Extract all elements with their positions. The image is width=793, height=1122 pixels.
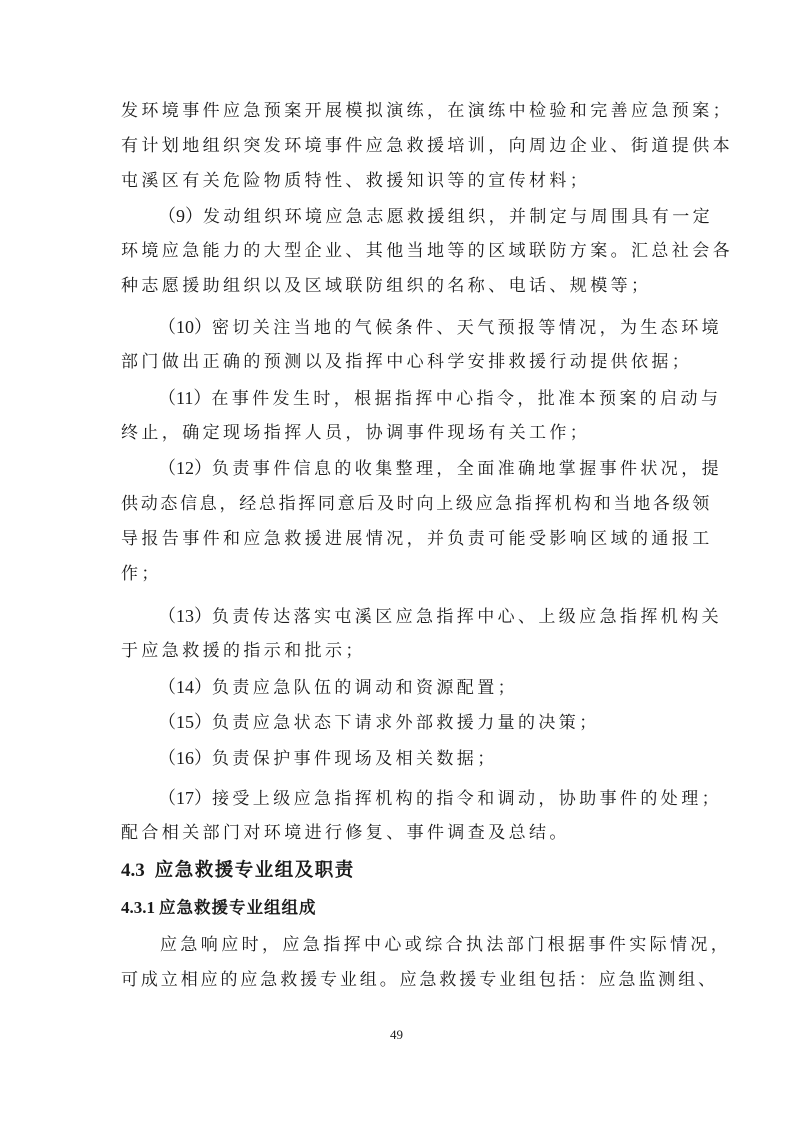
list-item-16: （16）负责保护事件现场及相关数据； — [158, 748, 498, 769]
paragraph-line: 种志愿援助组织以及区域联防组织的名称、电话、规模等； — [121, 276, 651, 296]
list-number: （15） — [158, 712, 212, 732]
list-item-text: 负责事件信息的收集整理，全面准确地掌握事件状况，提 — [212, 459, 722, 479]
list-item-9: （9）发动组织环境应急志愿救援组织，并制定与周围具有一定 — [158, 206, 713, 227]
page-number: 49 — [0, 1027, 793, 1043]
list-item-text: 负责传达落实屯溪区应急指挥中心、上级应急指挥机构关 — [212, 607, 722, 627]
list-item-15: （15）负责应急状态下请求外部救援力量的决策； — [158, 712, 600, 733]
paragraph-line: 配合相关部门对环境进行修复、事件调查及总结。 — [121, 823, 570, 843]
list-item-text: 负责应急状态下请求外部救援力量的决策； — [212, 713, 600, 733]
list-item-10: （10）密切关注当地的气候条件、天气预报等情况，为生态环境 — [158, 317, 722, 338]
paragraph-line: 应急响应时，应急指挥中心或综合执法部门根据事件实际情况， — [160, 935, 731, 955]
subsection-title: 应急救援专业组组成 — [159, 898, 317, 917]
section-title: 应急救援专业组及职责 — [155, 860, 355, 881]
list-item-text: 发动组织环境应急志愿救援组织，并制定与周围具有一定 — [203, 207, 713, 227]
paragraph-line: 屯溪区有关危险物质特性、救援知识等的宣传材料； — [121, 171, 590, 191]
list-item-17: （17）接受上级应急指挥机构的指令和调动，协助事件的处理； — [158, 788, 722, 809]
list-number: （11） — [158, 388, 211, 408]
list-item-text: 密切关注当地的气候条件、天气预报等情况，为生态环境 — [212, 318, 722, 338]
list-number: （9） — [158, 206, 203, 226]
paragraph-line: 终止，确定现场指挥人员，协调事件现场有关工作； — [121, 423, 590, 443]
list-item-13: （13）负责传达落实屯溪区应急指挥中心、上级应急指挥机构关 — [158, 606, 722, 627]
list-item-12: （12）负责事件信息的收集整理，全面准确地掌握事件状况，提 — [158, 458, 722, 479]
subsection-heading-4-3-1: 4.3.1应急救援专业组组成 — [121, 898, 317, 918]
list-item-11: （11）在事件发生时，根据指挥中心指令，批准本预案的启动与 — [158, 388, 721, 409]
list-number: （16） — [158, 748, 212, 768]
list-item-text: 负责保护事件现场及相关数据； — [212, 749, 498, 769]
paragraph-line: 供动态信息，经总指挥同意后及时向上级应急指挥机构和当地各级领 — [121, 494, 712, 514]
list-item-text: 接受上级应急指挥机构的指令和调动，协助事件的处理； — [212, 789, 722, 809]
subsection-number: 4.3.1 — [121, 898, 155, 917]
list-number: （10） — [158, 317, 212, 337]
paragraph-line: 于应急救援的指示和批示； — [121, 641, 366, 661]
paragraph-line: 部门做出正确的预测以及指挥中心科学安排救援行动提供依据； — [121, 352, 692, 372]
paragraph-line: 导报告事件和应急救援进展情况，并负责可能受影响区域的通报工 — [121, 529, 713, 549]
paragraph-line: 发环境事件应急预案开展模拟演练，在演练中检验和完善应急预案； — [121, 101, 733, 121]
list-item-text: 负责应急队伍的调动和资源配置； — [212, 678, 518, 698]
list-item-text: 在事件发生时，根据指挥中心指令，批准本预案的启动与 — [211, 389, 721, 409]
paragraph-line: 可成立相应的应急救援专业组。应急救援专业组包括：应急监测组、 — [121, 970, 718, 990]
list-number: （17） — [158, 788, 212, 808]
list-number: （14） — [158, 677, 212, 697]
paragraph-line: 有计划地组织突发环境事件应急救援培训，向周边企业、街道提供本 — [121, 136, 733, 156]
paragraph-line: 环境应急能力的大型企业、其他当地等的区域联防方案。汇总社会各 — [121, 241, 733, 261]
section-heading-4-3: 4.3应急救援专业组及职责 — [121, 860, 355, 882]
section-number: 4.3 — [121, 860, 145, 881]
paragraph-line: 作； — [121, 564, 162, 584]
list-number: （12） — [158, 458, 212, 478]
document-page: 发环境事件应急预案开展模拟演练，在演练中检验和完善应急预案； 有计划地组织突发环… — [0, 0, 793, 1122]
list-item-14: （14）负责应急队伍的调动和资源配置； — [158, 677, 518, 698]
list-number: （13） — [158, 606, 212, 626]
